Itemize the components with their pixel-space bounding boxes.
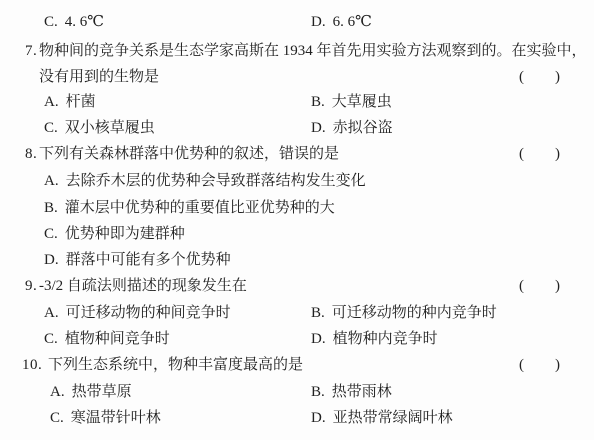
- option-label: B.: [311, 304, 325, 323]
- question-9-option-d: D.植物种内竞争时: [311, 330, 438, 349]
- question-7-answer-bracket: (): [519, 68, 560, 87]
- question-10-number: 10.: [22, 356, 42, 375]
- question-8-stem-line-1: 下列有关森林群落中优势种的叙述，错误的是: [39, 145, 339, 164]
- option-label: B.: [311, 93, 325, 112]
- option-text: 热带草原: [72, 384, 132, 400]
- option-label: D.: [311, 409, 326, 428]
- option-label: C.: [44, 225, 58, 244]
- option-text: 群落中可能有多个优势种: [66, 252, 231, 268]
- option-text: 4. 6℃: [65, 14, 104, 30]
- paren-open: (: [519, 356, 524, 375]
- option-label: D.: [44, 251, 59, 270]
- question-10-option-a: A.热带草原: [50, 383, 132, 402]
- question-7-option-b: B.大草履虫: [311, 93, 392, 112]
- option-text: 热带雨林: [332, 384, 392, 400]
- option-label: A.: [44, 304, 59, 323]
- question-10-option-b: B.热带雨林: [311, 383, 392, 402]
- question-9-option-c: C.植物种间竞争时: [44, 330, 170, 349]
- option-label: D.: [311, 330, 326, 349]
- question-7-option-c: C.双小核草履虫: [44, 119, 155, 138]
- option-text: 灌木层中优势种的重要值比亚优势种的大: [65, 200, 335, 216]
- paren-close: ): [555, 145, 560, 164]
- exam-paper-page: C.4. 6℃ D.6. 6℃ 7. 物种间的竞争关系是生态学家高斯在 1934…: [0, 0, 594, 440]
- question-8-option-a: A.去除乔木层的优势种会导致群落结构发生变化: [44, 172, 366, 191]
- option-label: C.: [50, 409, 64, 428]
- option-text: 双小核草履虫: [65, 120, 155, 136]
- question-8-option-d: D.群落中可能有多个优势种: [44, 251, 231, 270]
- option-text: 可迁移动物的种间竞争时: [66, 305, 231, 321]
- option-text: 优势种即为建群种: [65, 226, 185, 242]
- option-label: B.: [311, 383, 325, 402]
- question-7-option-d: D.赤拟谷盗: [311, 119, 393, 138]
- question-9-answer-bracket: (): [519, 277, 560, 296]
- option-text: 植物种内竞争时: [333, 331, 438, 347]
- previous-question-option-c: C.4. 6℃: [44, 13, 104, 32]
- option-label: A.: [50, 383, 65, 402]
- option-label: B.: [44, 199, 58, 218]
- paren-open: (: [519, 277, 524, 296]
- option-text: 6. 6℃: [333, 14, 372, 30]
- question-8-number: 8.: [25, 145, 37, 164]
- question-10-option-c: C.寒温带针叶林: [50, 409, 161, 428]
- option-label: A.: [44, 172, 59, 191]
- paren-close: ): [555, 68, 560, 87]
- option-text: 寒温带针叶林: [71, 410, 161, 426]
- option-text: 植物种间竞争时: [65, 331, 170, 347]
- paren-open: (: [519, 145, 524, 164]
- option-text: 赤拟谷盗: [333, 120, 393, 136]
- question-10-answer-bracket: (): [519, 356, 560, 375]
- previous-question-option-d: D.6. 6℃: [311, 13, 372, 32]
- question-9-number: 9.: [25, 277, 37, 296]
- paren-open: (: [519, 68, 524, 87]
- option-label: C.: [44, 330, 58, 349]
- question-7-number: 7.: [25, 42, 37, 61]
- question-10-option-d: D.亚热带常绿阔叶林: [311, 409, 453, 428]
- paren-close: ): [555, 277, 560, 296]
- option-label: C.: [44, 119, 58, 138]
- option-label: D.: [311, 13, 326, 32]
- question-9-option-b: B.可迁移动物的种内竞争时: [311, 304, 497, 323]
- option-text: 大草履虫: [332, 94, 392, 110]
- question-9-stem-line-1: -3/2 自疏法则描述的现象发生在: [39, 277, 247, 296]
- option-text: 杆菌: [66, 94, 96, 110]
- option-label: A.: [44, 93, 59, 112]
- option-label: D.: [311, 119, 326, 138]
- question-7-option-a: A.杆菌: [44, 93, 96, 112]
- question-7-stem-line-1: 物种间的竞争关系是生态学家高斯在 1934 年首先用实验方法观察到的。在实验中，: [39, 42, 587, 61]
- paren-close: ): [555, 356, 560, 375]
- question-8-option-b: B.灌木层中优势种的重要值比亚优势种的大: [44, 199, 335, 218]
- option-label: C.: [44, 13, 58, 32]
- question-8-answer-bracket: (): [519, 145, 560, 164]
- question-8-option-c: C.优势种即为建群种: [44, 225, 185, 244]
- question-9-option-a: A.可迁移动物的种间竞争时: [44, 304, 231, 323]
- option-text: 亚热带常绿阔叶林: [333, 410, 453, 426]
- question-7-stem-line-2: 没有用到的生物是: [39, 68, 159, 87]
- question-10-stem-line-1: 下列生态系统中，物种丰富度最高的是: [48, 356, 303, 375]
- option-text: 可迁移动物的种内竞争时: [332, 305, 497, 321]
- option-text: 去除乔木层的优势种会导致群落结构发生变化: [66, 173, 366, 189]
